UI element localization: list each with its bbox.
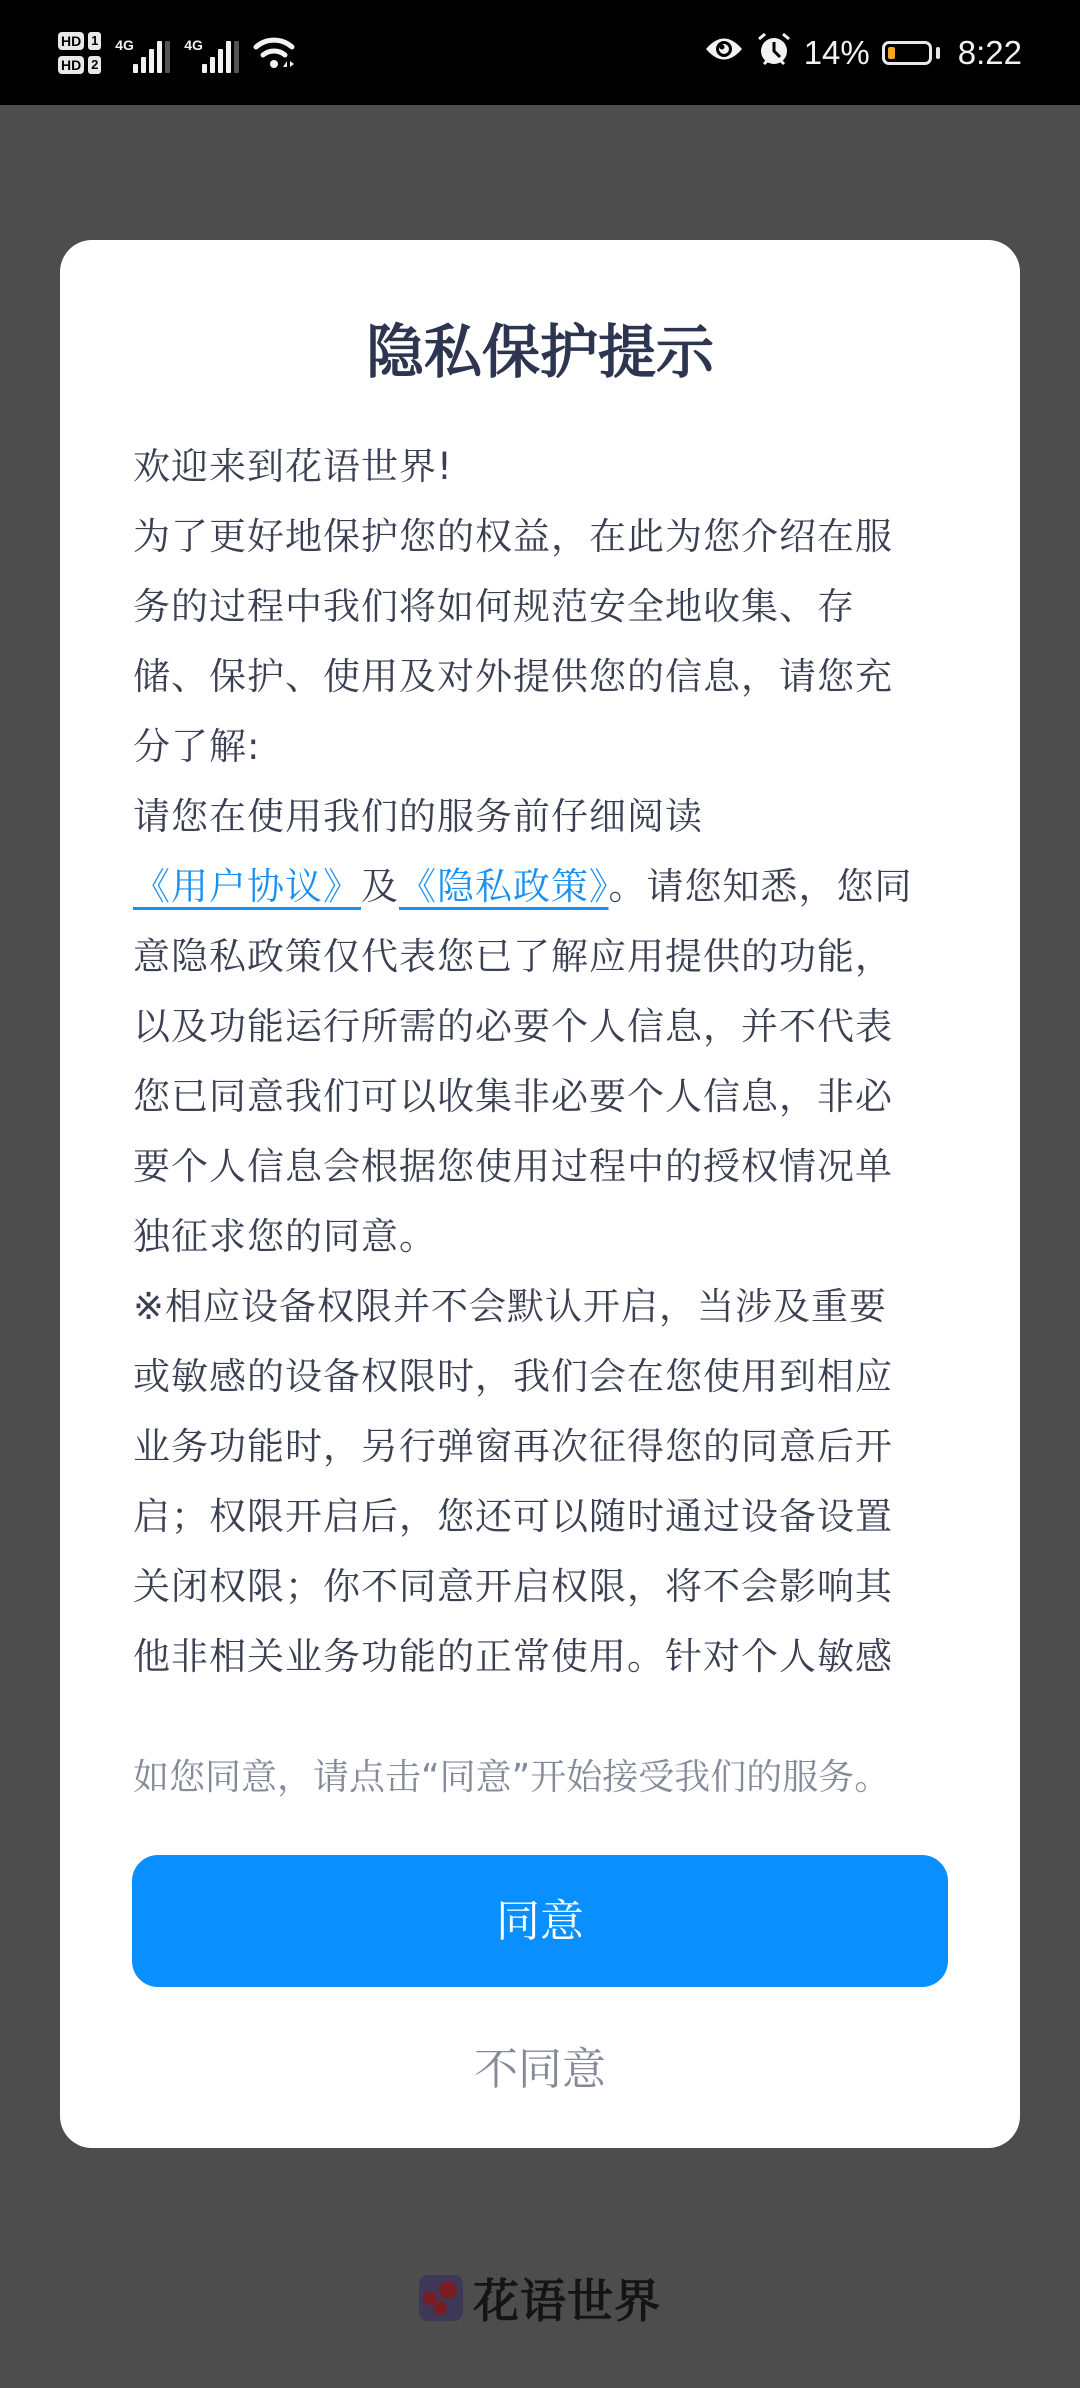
privacy-body-text: 欢迎来到花语世界! 为了更好地保护您的权益，在此为您介绍在服务的过程中我们将如何… [133, 432, 923, 1692]
battery-icon [882, 41, 932, 65]
signal-4g-icon: 4G [115, 33, 170, 73]
permissions-paragraph: ※相应设备权限并不会默认开启，当涉及重要或敏感的设备权限时，我们会在您使用到相应… [133, 1272, 923, 1692]
sim1-indicator: HD 1 [58, 32, 101, 50]
policy-paragraph: 请您在使用我们的服务前仔细阅读《用户协议》及《隐私政策》。请您知悉，您同意隐私政… [133, 782, 923, 1272]
sim-indicators: HD 1 HD 2 [58, 32, 101, 74]
policy-text-before: 请您在使用我们的服务前仔细阅读 [133, 795, 703, 838]
eye-comfort-icon [704, 34, 744, 72]
consent-note: 如您同意，请点击“同意”开始接受我们的服务。 [133, 1748, 993, 1808]
disagree-button[interactable]: 不同意 [132, 2030, 948, 2110]
and-text: 及 [361, 865, 399, 908]
privacy-policy-link[interactable]: 《隐私政策》 [399, 865, 609, 908]
app-brand: 花语世界 [0, 2270, 1080, 2326]
hd-sim2-icon: HD [58, 56, 84, 74]
status-bar-left: HD 1 HD 2 4G 4G [58, 22, 297, 84]
status-bar: HD 1 HD 2 4G 4G [0, 0, 1080, 105]
alarm-icon [756, 31, 792, 75]
policy-text-after: 。请您知悉，您同意隐私政策仅代表您已了解应用提供的功能，以及功能运行所需的必要个… [133, 865, 913, 1258]
status-bar-right: 14% 8:22 [704, 22, 1022, 84]
intro-paragraph: 为了更好地保护您的权益，在此为您介绍在服务的过程中我们将如何规范安全地收集、存储… [133, 502, 923, 782]
welcome-text: 欢迎来到花语世界! [133, 432, 923, 502]
dialog-title: 隐私保护提示 [60, 312, 1020, 392]
app-logo-icon [419, 2275, 463, 2321]
sim1-number: 1 [88, 32, 101, 50]
sim2-number: 2 [88, 56, 101, 74]
privacy-dialog: 隐私保护提示 欢迎来到花语世界! 为了更好地保护您的权益，在此为您介绍在服务的过… [60, 240, 1020, 2148]
sim2-indicator: HD 2 [58, 56, 101, 74]
user-agreement-link[interactable]: 《用户协议》 [133, 865, 361, 908]
network-type-label: 4G [115, 37, 134, 53]
agree-button[interactable]: 同意 [132, 1855, 948, 1987]
hd-sim1-icon: HD [58, 32, 84, 50]
app-name: 花语世界 [473, 2265, 661, 2331]
battery-percent: 14% [804, 34, 870, 72]
battery-tip [936, 47, 940, 59]
signal-4g-icon: 4G [184, 33, 239, 73]
wifi-icon [253, 33, 297, 73]
clock: 8:22 [958, 34, 1022, 72]
privacy-text-scroll-area[interactable]: 欢迎来到花语世界! 为了更好地保护您的权益，在此为您介绍在服务的过程中我们将如何… [133, 432, 923, 1715]
network-type-label: 4G [184, 37, 203, 53]
